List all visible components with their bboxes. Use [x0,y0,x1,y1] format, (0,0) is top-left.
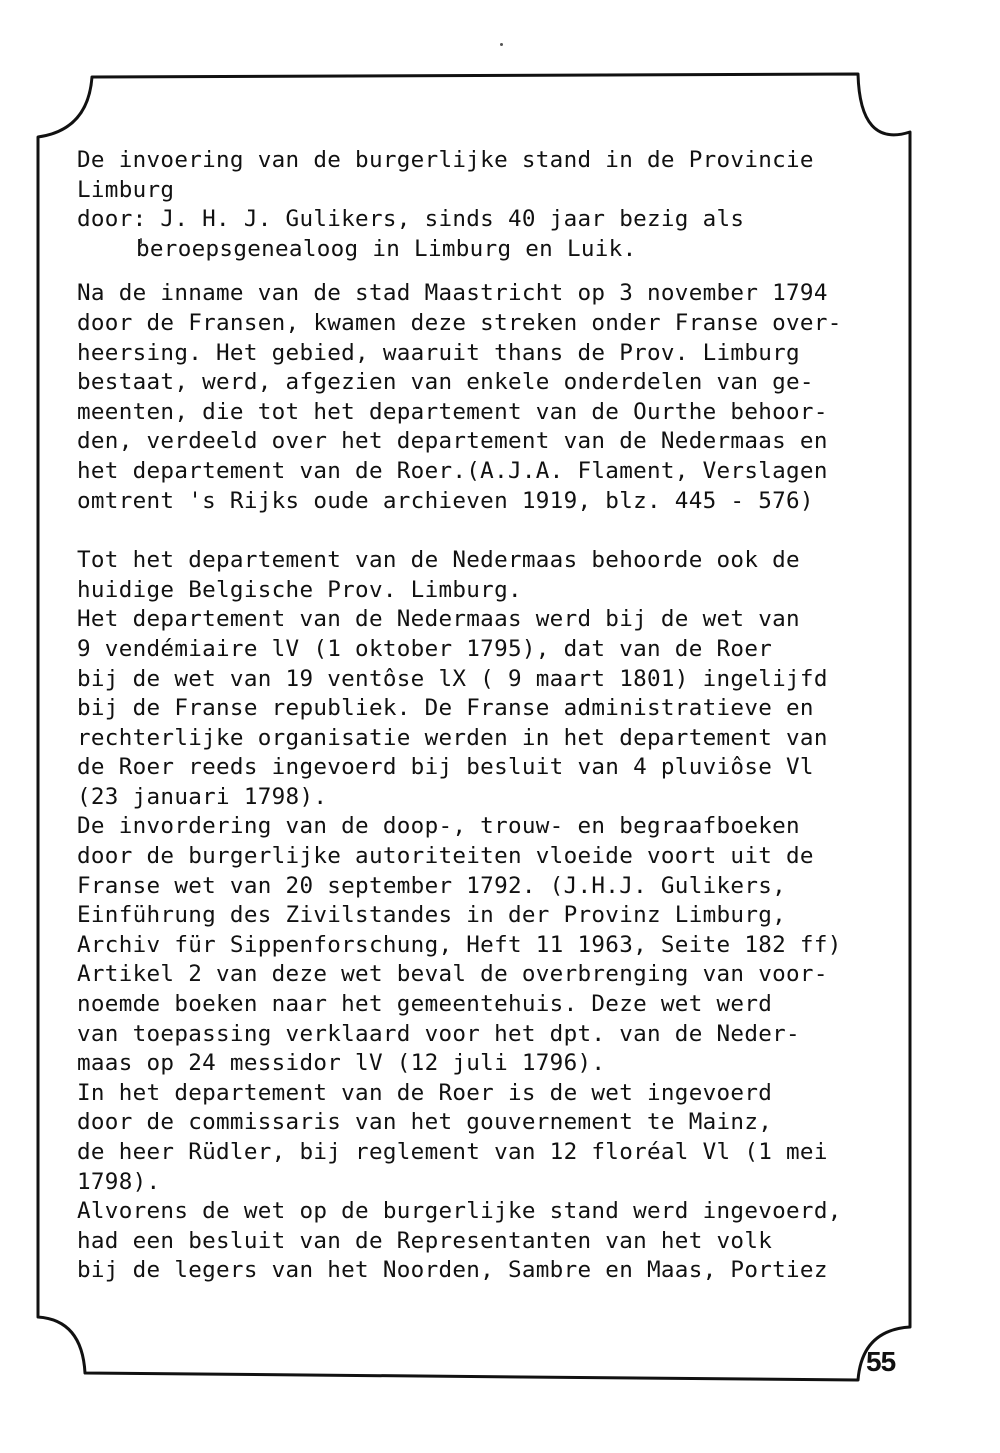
article-title-line-1: De invoering van de burgerlijke stand in… [77,146,907,176]
text-line: van toepassing verklaard voor het dpt. v… [77,1020,907,1050]
text-line: door de commissaris van het gouvernement… [77,1108,907,1138]
article-title-line-2: Limburg [77,176,907,206]
paragraph-main: Tot het departement van de Nedermaas beh… [77,546,907,1286]
text-line: had een besluit van de Representanten va… [77,1227,907,1257]
text-line: maas op 24 messidor lV (12 juli 1796). [77,1049,907,1079]
text-line: Na de inname van de stad Maastricht op 3… [77,279,907,309]
spacer [77,264,907,279]
text-line: Het departement van de Nedermaas werd bi… [77,605,907,635]
text-line: noemde boeken naar het gemeentehuis. Dez… [77,990,907,1020]
text-line: 9 vendémiaire lV (1 oktober 1795), dat v… [77,635,907,665]
text-line: In het departement van de Roer is de wet… [77,1079,907,1109]
text-line: huidige Belgische Prov. Limburg. [77,576,907,606]
document-body: De invoering van de burgerlijke stand in… [77,146,907,1286]
text-line: omtrent 's Rijks oude archieven 1919, bl… [77,487,907,517]
text-line: Alvorens de wet op de burgerlijke stand … [77,1197,907,1227]
text-line: (23 januari 1798). [77,783,907,813]
author-line-1: door: J. H. J. Gulikers, sinds 40 jaar b… [77,205,907,235]
text-line: 1798). [77,1168,907,1198]
page-number: 55 [866,1346,895,1378]
text-line: De invordering van de doop-, trouw- en b… [77,812,907,842]
text-line: de Roer reeds ingevoerd bij besluit van … [77,753,907,783]
text-line: meenten, die tot het departement van de … [77,398,907,428]
text-line: door de burgerlijke autoriteiten vloeide… [77,842,907,872]
text-line: bij de Franse republiek. De Franse admin… [77,694,907,724]
text-line: Artikel 2 van deze wet beval de overbren… [77,960,907,990]
text-line: bestaat, werd, afgezien van enkele onder… [77,368,907,398]
spacer [77,516,907,546]
text-line: Franse wet van 20 september 1792. (J.H.J… [77,872,907,902]
text-line: Einführung des Zivilstandes in der Provi… [77,901,907,931]
text-line: bij de legers van het Noorden, Sambre en… [77,1256,907,1286]
speck-top [500,43,503,46]
text-line: Tot het departement van de Nedermaas beh… [77,546,907,576]
text-line: den, verdeeld over het departement van d… [77,427,907,457]
text-line: heersing. Het gebied, waaruit thans de P… [77,339,907,369]
paragraph-intro: Na de inname van de stad Maastricht op 3… [77,279,907,516]
author-line-2: beroepsgenealoog in Limburg en Luik. [77,235,907,265]
text-line: door de Fransen, kwamen deze streken ond… [77,309,907,339]
text-line: het departement van de Roer.(A.J.A. Flam… [77,457,907,487]
text-line: bij de wet van 19 ventôse lX ( 9 maart 1… [77,665,907,695]
text-line: de heer Rüdler, bij reglement van 12 flo… [77,1138,907,1168]
text-line: rechterlijke organisatie werden in het d… [77,724,907,754]
text-line: Archiv für Sippenforschung, Heft 11 1963… [77,931,907,961]
article-header: De invoering van de burgerlijke stand in… [77,146,907,264]
